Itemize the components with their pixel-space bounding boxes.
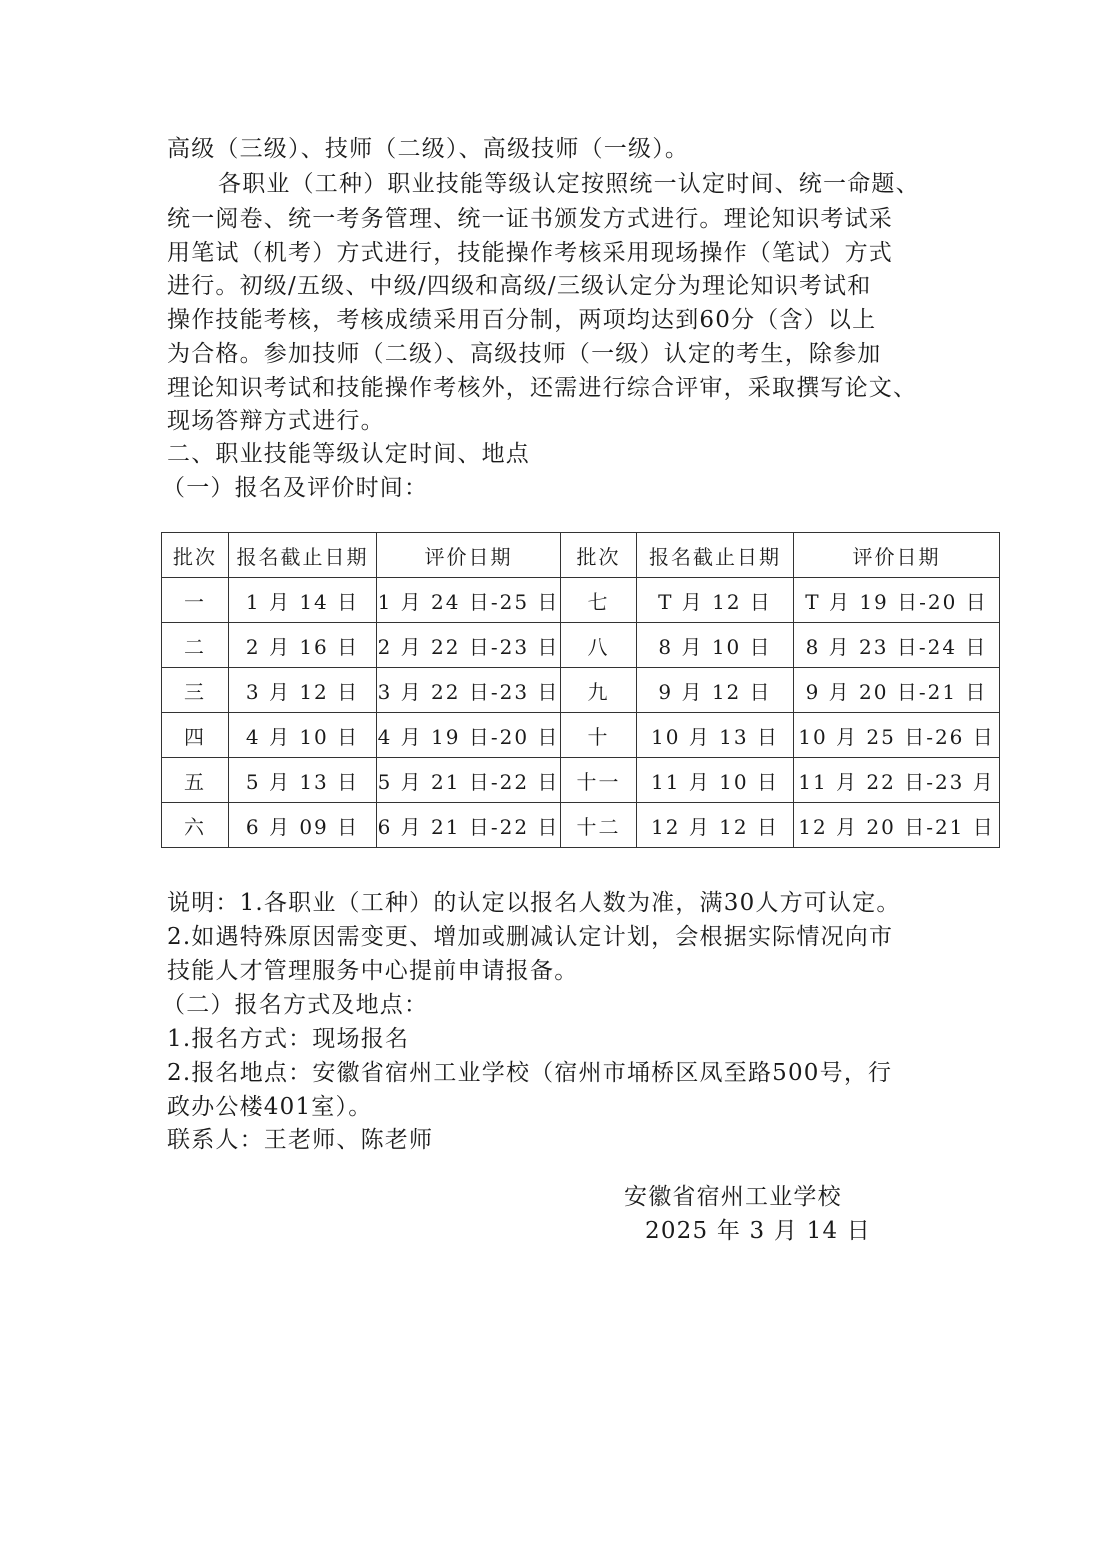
cell: 5 月 21 日-22 日 (377, 758, 561, 803)
header-deadline: 报名截止日期 (229, 533, 377, 578)
table-row: 六 6 月 09 日 6 月 21 日-22 日 十二 12 月 12 日 12… (162, 803, 1000, 848)
body-paragraph-start: 各职业（工种）职业技能等级认定按照统一认定时间、统一命题、 (218, 167, 920, 201)
cell: 十二 (561, 803, 637, 848)
body-line: 高级（三级）、技师（二级）、高级技师（一级）。 (167, 132, 689, 166)
notes-line: 技能人才管理服务中心提前申请报备。 (167, 954, 578, 988)
cell: 十 (561, 713, 637, 758)
notes-line: 说明：1.各职业（工种）的认定以报名人数为准，满30人方可认定。 (167, 886, 901, 920)
cell: 3 月 22 日-23 日 (377, 668, 561, 713)
table-row: 四 4 月 10 日 4 月 19 日-20 日 十 10 月 13 日 10 … (162, 713, 1000, 758)
cell: 1 月 24 日-25 日 (377, 578, 561, 623)
cell: 12 月 20 日-21 日 (794, 803, 1000, 848)
registration-location: 2.报名地点：安徽省宿州工业学校（宿州市埇桥区凤至路500号，行 (167, 1056, 892, 1090)
header-batch: 批次 (162, 533, 229, 578)
cell: 6 月 09 日 (229, 803, 377, 848)
cell: 七 (561, 578, 637, 623)
signature-date: 2025 年 3 月 14 日 (645, 1214, 871, 1248)
document-page: 高级（三级）、技师（二级）、高级技师（一级）。 各职业（工种）职业技能等级认定按… (0, 0, 1102, 1559)
registration-method: 1.报名方式：现场报名 (167, 1022, 409, 1056)
notes-line: 2.如遇特殊原因需变更、增加或删减认定计划，会根据实际情况向市 (167, 920, 893, 954)
cell: 二 (162, 623, 229, 668)
cell: 三 (162, 668, 229, 713)
cell: T 月 12 日 (637, 578, 794, 623)
header-batch: 批次 (561, 533, 637, 578)
header-eval-date: 评价日期 (377, 533, 561, 578)
table-row: 一 1 月 14 日 1 月 24 日-25 日 七 T 月 12 日 T 月 … (162, 578, 1000, 623)
header-deadline: 报名截止日期 (637, 533, 794, 578)
cell: 10 月 13 日 (637, 713, 794, 758)
table-row: 二 2 月 16 日 2 月 22 日-23 日 八 8 月 10 日 8 月 … (162, 623, 1000, 668)
subsection-heading: （二）报名方式及地点： (162, 988, 428, 1022)
body-line: 现场答辩方式进行。 (167, 404, 385, 438)
cell: 8 月 23 日-24 日 (794, 623, 1000, 668)
cell: 六 (162, 803, 229, 848)
cell: 1 月 14 日 (229, 578, 377, 623)
cell: 11 月 10 日 (637, 758, 794, 803)
cell: 九 (561, 668, 637, 713)
body-line: 为合格。参加技师（二级）、高级技师（一级）认定的考生，除参加 (167, 337, 882, 371)
cell: 11 月 22 日-23 月 (794, 758, 1000, 803)
contact-persons: 联系人：王老师、陈老师 (167, 1123, 433, 1157)
body-line: 操作技能考核，考核成绩采用百分制，两项均达到60分（含）以上 (167, 303, 876, 337)
table-row: 五 5 月 13 日 5 月 21 日-22 日 十一 11 月 10 日 11… (162, 758, 1000, 803)
cell: 8 月 10 日 (637, 623, 794, 668)
cell: 3 月 12 日 (229, 668, 377, 713)
cell: 2 月 16 日 (229, 623, 377, 668)
cell: 五 (162, 758, 229, 803)
registration-location-cont: 政办公楼401室）。 (167, 1090, 372, 1124)
table-row: 三 3 月 12 日 3 月 22 日-23 日 九 9 月 12 日 9 月 … (162, 668, 1000, 713)
header-eval-date: 评价日期 (794, 533, 1000, 578)
cell: 4 月 10 日 (229, 713, 377, 758)
subsection-heading: （一）报名及评价时间： (162, 471, 428, 505)
table-header-row: 批次 报名截止日期 评价日期 批次 报名截止日期 评价日期 (162, 533, 1000, 578)
schedule-table: 批次 报名截止日期 评价日期 批次 报名截止日期 评价日期 一 1 月 14 日… (161, 532, 1000, 848)
body-line: 用笔试（机考）方式进行，技能操作考核采用现场操作（笔试）方式 (167, 236, 893, 270)
signature-organization: 安徽省宿州工业学校 (624, 1180, 842, 1214)
cell: 4 月 19 日-20 日 (377, 713, 561, 758)
cell: 八 (561, 623, 637, 668)
cell: 9 月 12 日 (637, 668, 794, 713)
cell: 2 月 22 日-23 日 (377, 623, 561, 668)
cell: 一 (162, 578, 229, 623)
cell: 十一 (561, 758, 637, 803)
body-line: 进行。初级/五级、中级/四级和高级/三级认定分为理论知识考试和 (167, 269, 871, 303)
cell: 5 月 13 日 (229, 758, 377, 803)
section-heading: 二、职业技能等级认定时间、地点 (167, 437, 530, 471)
cell: 10 月 25 日-26 日 (794, 713, 1000, 758)
cell: T 月 19 日-20 日 (794, 578, 1000, 623)
cell: 6 月 21 日-22 日 (377, 803, 561, 848)
cell: 四 (162, 713, 229, 758)
cell: 9 月 20 日-21 日 (794, 668, 1000, 713)
body-line: 统一阅卷、统一考务管理、统一证书颁发方式进行。理论知识考试采 (167, 202, 893, 236)
cell: 12 月 12 日 (637, 803, 794, 848)
body-line: 理论知识考试和技能操作考核外，还需进行综合评审，采取撰写论文、 (167, 371, 917, 405)
